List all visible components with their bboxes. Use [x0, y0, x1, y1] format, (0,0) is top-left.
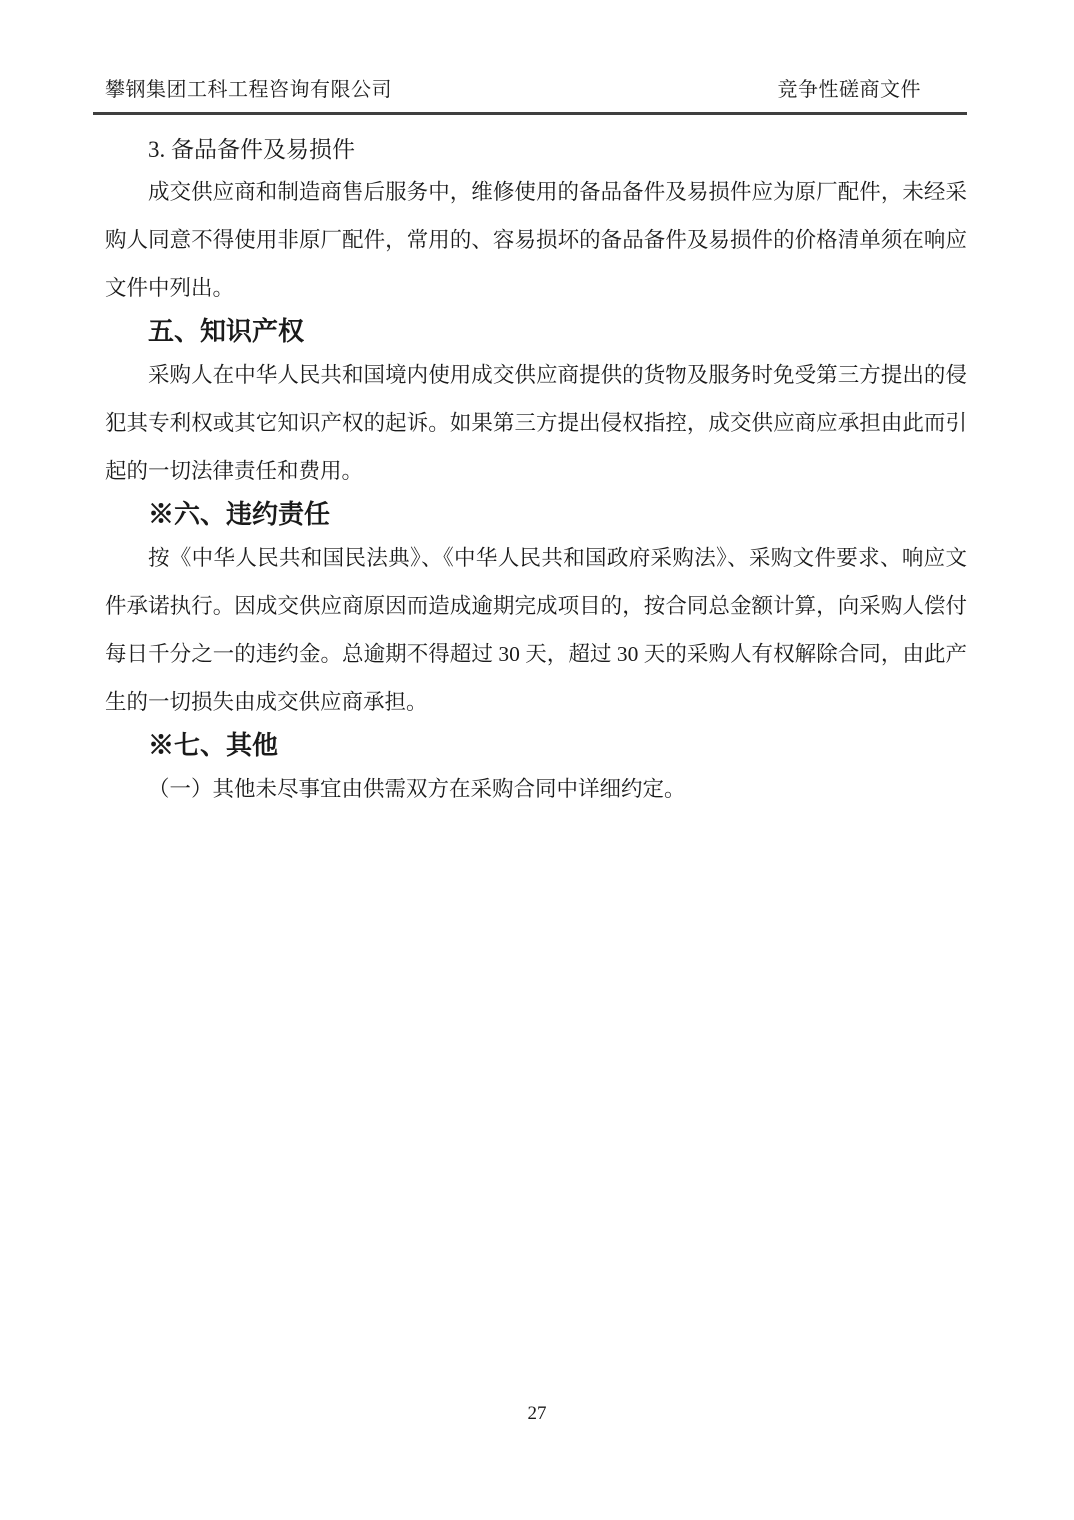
paragraph: 按《中华人民共和国民法典》、《中华人民共和国政府采购法》、采购文件要求、响应文件…: [105, 534, 967, 726]
document-body: 3. 备品备件及易损件成交供应商和制造商售后服务中，维修使用的备品备件及易损件应…: [105, 131, 967, 813]
section-heading: ※七、其他: [105, 726, 967, 765]
section-heading: 3. 备品备件及易损件: [105, 131, 967, 168]
document-page: 攀钢集团工科工程咨询有限公司 竞争性磋商文件 3. 备品备件及易损件成交供应商和…: [0, 0, 1074, 1520]
page-number: 27: [0, 1401, 1074, 1427]
paragraph: （一）其他未尽事宜由供需双方在采购合同中详细约定。: [105, 765, 967, 813]
paragraph: 采购人在中华人民共和国境内使用成交供应商提供的货物及服务时免受第三方提出的侵犯其…: [105, 351, 967, 495]
header-company-name: 攀钢集团工科工程咨询有限公司: [93, 77, 392, 103]
header-document-type: 竞争性磋商文件: [778, 77, 968, 103]
section-heading: ※六、违约责任: [105, 495, 967, 534]
page-header: 攀钢集团工科工程咨询有限公司 竞争性磋商文件: [93, 77, 967, 115]
paragraph: 成交供应商和制造商售后服务中，维修使用的备品备件及易损件应为原厂配件，未经采购人…: [105, 168, 967, 312]
section-heading: 五、知识产权: [105, 312, 967, 351]
